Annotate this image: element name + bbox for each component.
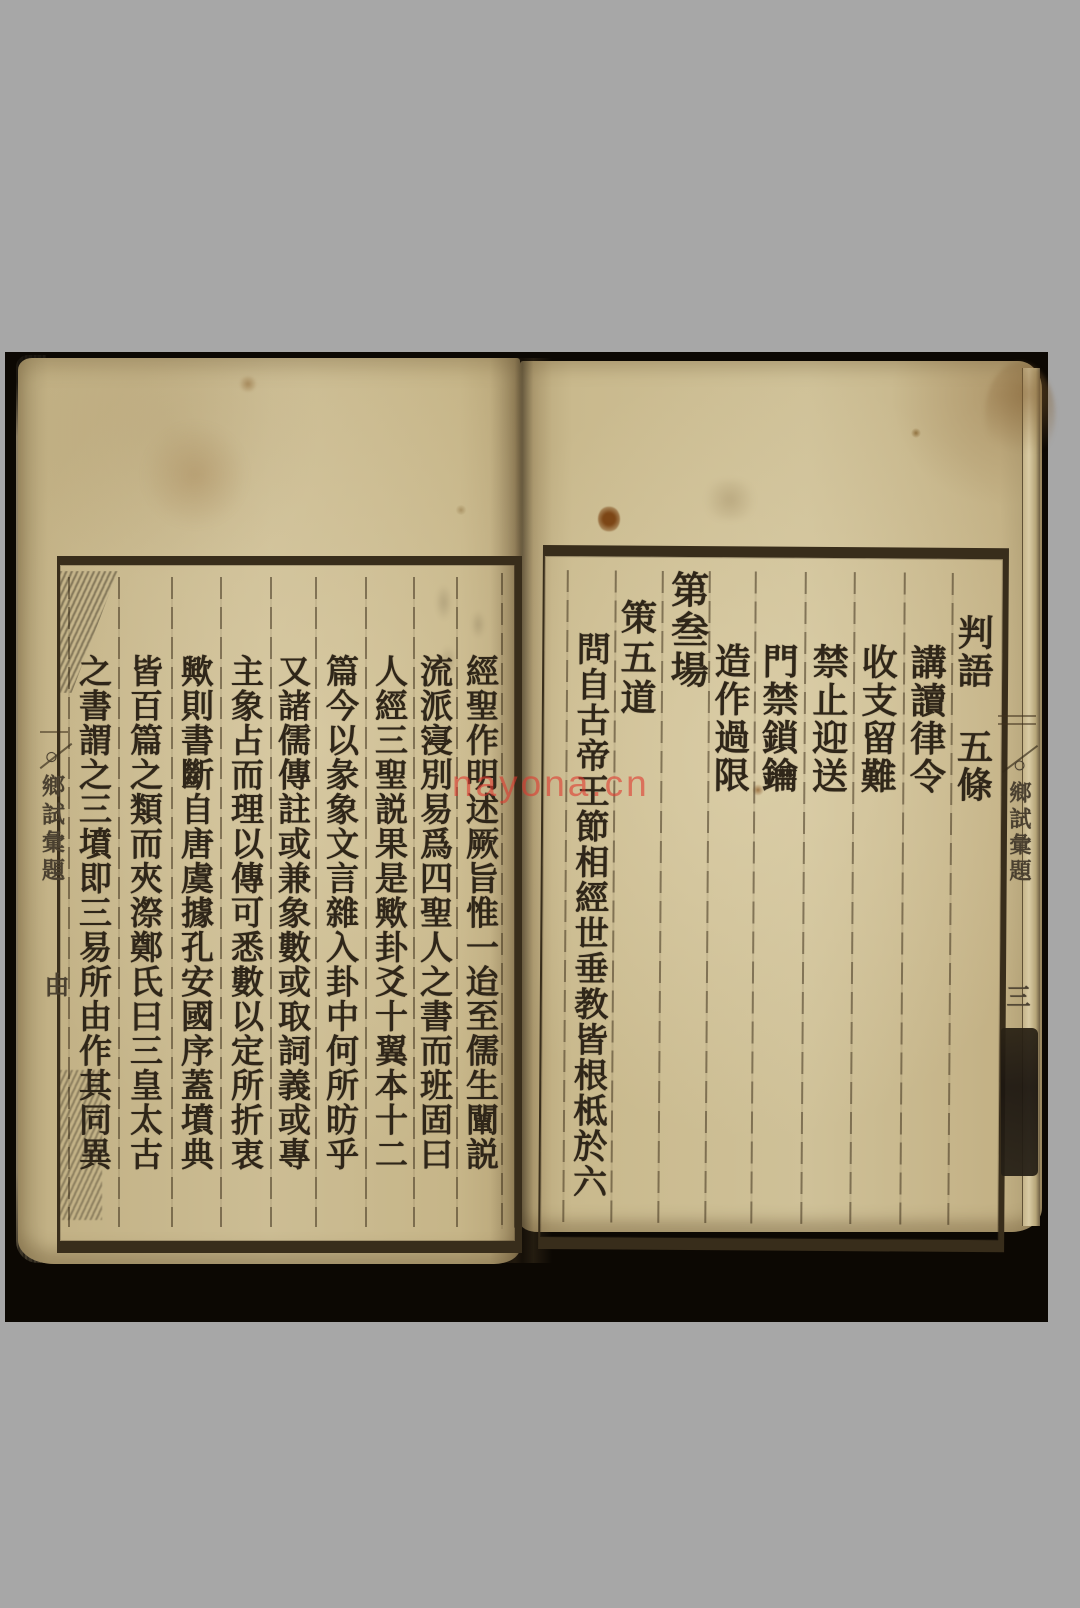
column-rule xyxy=(220,577,222,1227)
column-rule xyxy=(315,577,317,1227)
left-spine-label: ○鄉試彙題 xyxy=(40,744,63,886)
column-rule xyxy=(68,577,70,1227)
judgment-item-column: 收支留難 xyxy=(858,643,895,795)
column-rule xyxy=(365,577,367,1227)
right-spine-page-number: 三 xyxy=(1003,984,1027,1008)
text-column: 篇今以彖象文言雜入卦中何所昉乎 xyxy=(322,654,355,1172)
column-rule xyxy=(849,572,856,1224)
session-header-column: 第叁場 xyxy=(666,570,705,690)
right-spine-label: ○鄉試彙題 xyxy=(1008,752,1030,885)
fold-line xyxy=(40,731,68,733)
column-rule xyxy=(456,577,458,1227)
right-page-text-frame: 判語 五條 講讀律令 收支留難 禁止迎送 門禁鎖鑰 造作過限 第叁場 策五道 問… xyxy=(538,545,1009,1252)
text-column: 人經三聖説果是歟卦爻十翼本十二 xyxy=(371,654,404,1172)
text-column: 歟則書斷自唐虞據孔安國序蓋墳典 xyxy=(177,654,210,1172)
judgments-header-column: 判語 五條 xyxy=(954,614,991,804)
column-rule xyxy=(171,577,173,1227)
column-rule xyxy=(657,571,664,1223)
judgment-item-column: 禁止迎送 xyxy=(809,643,846,795)
left-spine-page-char: 由 xyxy=(42,972,67,997)
judgment-item-column: 講讀律令 xyxy=(907,644,944,796)
spine-marker: ○ xyxy=(1007,752,1032,781)
text-column: 流派寖別易爲四聖人之書而班固曰 xyxy=(416,654,449,1172)
text-column: 經聖作明述厥旨惟一迨至儒生闡説 xyxy=(462,654,495,1172)
policy-header-column: 策五道 xyxy=(618,599,655,719)
text-column: 之書謂之三墳即三易所由作其同異 xyxy=(75,654,108,1172)
text-column: 皆百篇之類而夾漈鄭氏曰三皇太古 xyxy=(126,654,159,1172)
column-rule xyxy=(800,572,807,1224)
ink-blot xyxy=(1001,1028,1038,1176)
spine-title: 鄉試彙題 xyxy=(39,774,64,886)
column-rule xyxy=(750,571,757,1223)
fold-line xyxy=(998,723,1036,725)
column-rule xyxy=(270,577,272,1227)
column-rule xyxy=(501,573,503,1229)
watermark-text: nayona.cn xyxy=(452,763,650,805)
text-column: 又諸儒傳註或兼象數或取詞義或專 xyxy=(274,654,307,1172)
scanned-book-photo: { "watermark": { "text": "nayona.cn", "c… xyxy=(0,0,1080,1608)
spine-title: 鄉試彙題 xyxy=(1007,781,1032,885)
fold-line xyxy=(998,715,1036,717)
column-rule xyxy=(118,577,120,1227)
judgment-item-column: 門禁鎖鑰 xyxy=(759,643,796,795)
judgment-item-column: 造作過限 xyxy=(711,642,748,794)
spine-marker: ○ xyxy=(39,744,64,774)
text-column: 主象占而理以傳可悉數以定所折衷 xyxy=(227,654,260,1172)
left-page-text-frame: 經聖作明述厥旨惟一迨至儒生闡説 流派寖別易爲四聖人之書而班固曰 人經三聖説果是歟… xyxy=(57,556,522,1253)
policy-question-column: 問自古帝王節相經世垂教皆根柢於六 xyxy=(568,631,606,1199)
column-rule xyxy=(899,573,906,1225)
